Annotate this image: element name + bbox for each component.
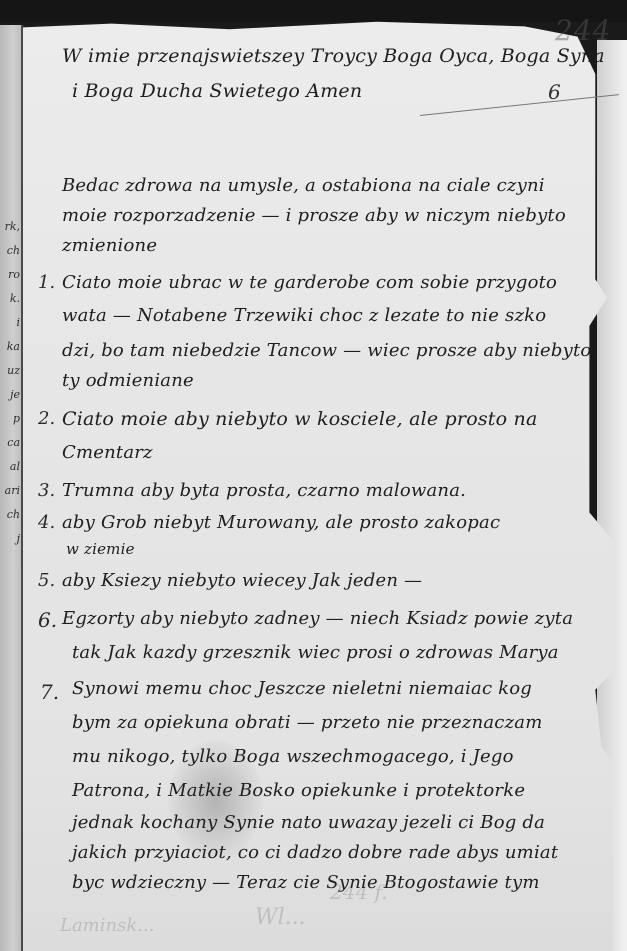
item-number: 4.: [38, 512, 55, 533]
item-3-line-1: Trumna aby byta prosta, czarno malowana.: [62, 480, 466, 501]
fragment: p: [0, 407, 20, 431]
item-1-line-2: wata — Notabene Trzewiki choc z lezate t…: [62, 305, 546, 326]
intro-line-2: moie rozporzadzenie — i prosze aby w nic…: [62, 205, 566, 226]
item-5-line-1: aby Ksiezy niebyto wiecey Jak jeden —: [62, 570, 422, 591]
item-7-line-4: Patrona, i Matkie Bosko opiekunke i prot…: [72, 780, 525, 801]
fragment: ch: [0, 239, 20, 263]
intro-line-1: Bedac zdrowa na umysle, a ostabiona na c…: [62, 175, 545, 196]
item-2-line-2: Cmentarz: [62, 442, 153, 463]
item-7-line-1: Synowi memu choc Jeszcze nieletni niemai…: [72, 678, 532, 699]
folio-number: 244: [555, 14, 611, 47]
intro-line-3: zmienione: [62, 235, 157, 256]
fragment: ka: [0, 335, 20, 359]
item-number: 5.: [38, 570, 55, 591]
item-7-line-3: mu nikogo, tylko Boga wszechmogacego, i …: [72, 746, 514, 767]
item-1-line-1: Ciato moie ubrac w te garderobe com sobi…: [62, 272, 557, 293]
fragment: j: [0, 527, 20, 551]
item-number: 1.: [38, 272, 55, 293]
fragment: k.: [0, 287, 20, 311]
heading-line-2: i Boga Ducha Swietego Amen: [72, 80, 362, 102]
item-number: 2.: [38, 408, 55, 429]
fragment: ca: [0, 431, 20, 455]
fragment: i: [0, 311, 20, 335]
item-number: 3.: [38, 480, 55, 501]
item-6-line-1: Egzorty aby niebyto zadney — niech Ksiad…: [62, 608, 573, 629]
item-7-line-5: jednak kochany Synie nato uwazay jezeli …: [72, 812, 545, 833]
facing-page-fragments: rk, ch ro k. i ka uz je p ca al ari ch j: [0, 215, 20, 551]
item-number: 6.: [38, 608, 57, 632]
item-4-line-1: aby Grob niebyt Murowany, ale prosto zak…: [62, 512, 500, 533]
item-1-line-4: ty odmieniane: [62, 370, 194, 391]
item-1-line-3: dzi, bo tam niebedzie Tancow — wiec pros…: [62, 340, 591, 361]
fragment: uz: [0, 359, 20, 383]
fragment: je: [0, 383, 20, 407]
item-number: 7.: [40, 680, 59, 704]
scanner-top-edge: [0, 0, 627, 22]
fragment: ari: [0, 479, 20, 503]
fragment: ch: [0, 503, 20, 527]
item-7-line-7: byc wdzieczny — Teraz cie Synie Btogosta…: [72, 872, 540, 893]
bleed-through-text: Wl...: [255, 905, 306, 930]
fragment: ro: [0, 263, 20, 287]
heading-line-1: W imie przenajswietszey Troycy Boga Oyca…: [62, 45, 605, 67]
fragment: rk,: [0, 215, 20, 239]
item-4-line-2: w ziemie: [66, 540, 135, 558]
item-7-line-6: jakich przyiaciot, co ci dadzo dobre rad…: [72, 842, 558, 863]
bleed-through-text: Laminsk...: [60, 915, 154, 936]
item-7-line-2: bym za opiekuna obrati — przeto nie prze…: [72, 712, 542, 733]
item-6-line-2: tak Jak kazdy grzesznik wiec prosi o zdr…: [72, 642, 559, 663]
item-2-line-1: Ciato moie aby niebyto w kosciele, ale p…: [62, 408, 537, 430]
facing-page-left-edge: rk, ch ro k. i ka uz je p ca al ari ch j: [0, 25, 22, 951]
fragment: al: [0, 455, 20, 479]
book-gutter: [21, 25, 23, 951]
